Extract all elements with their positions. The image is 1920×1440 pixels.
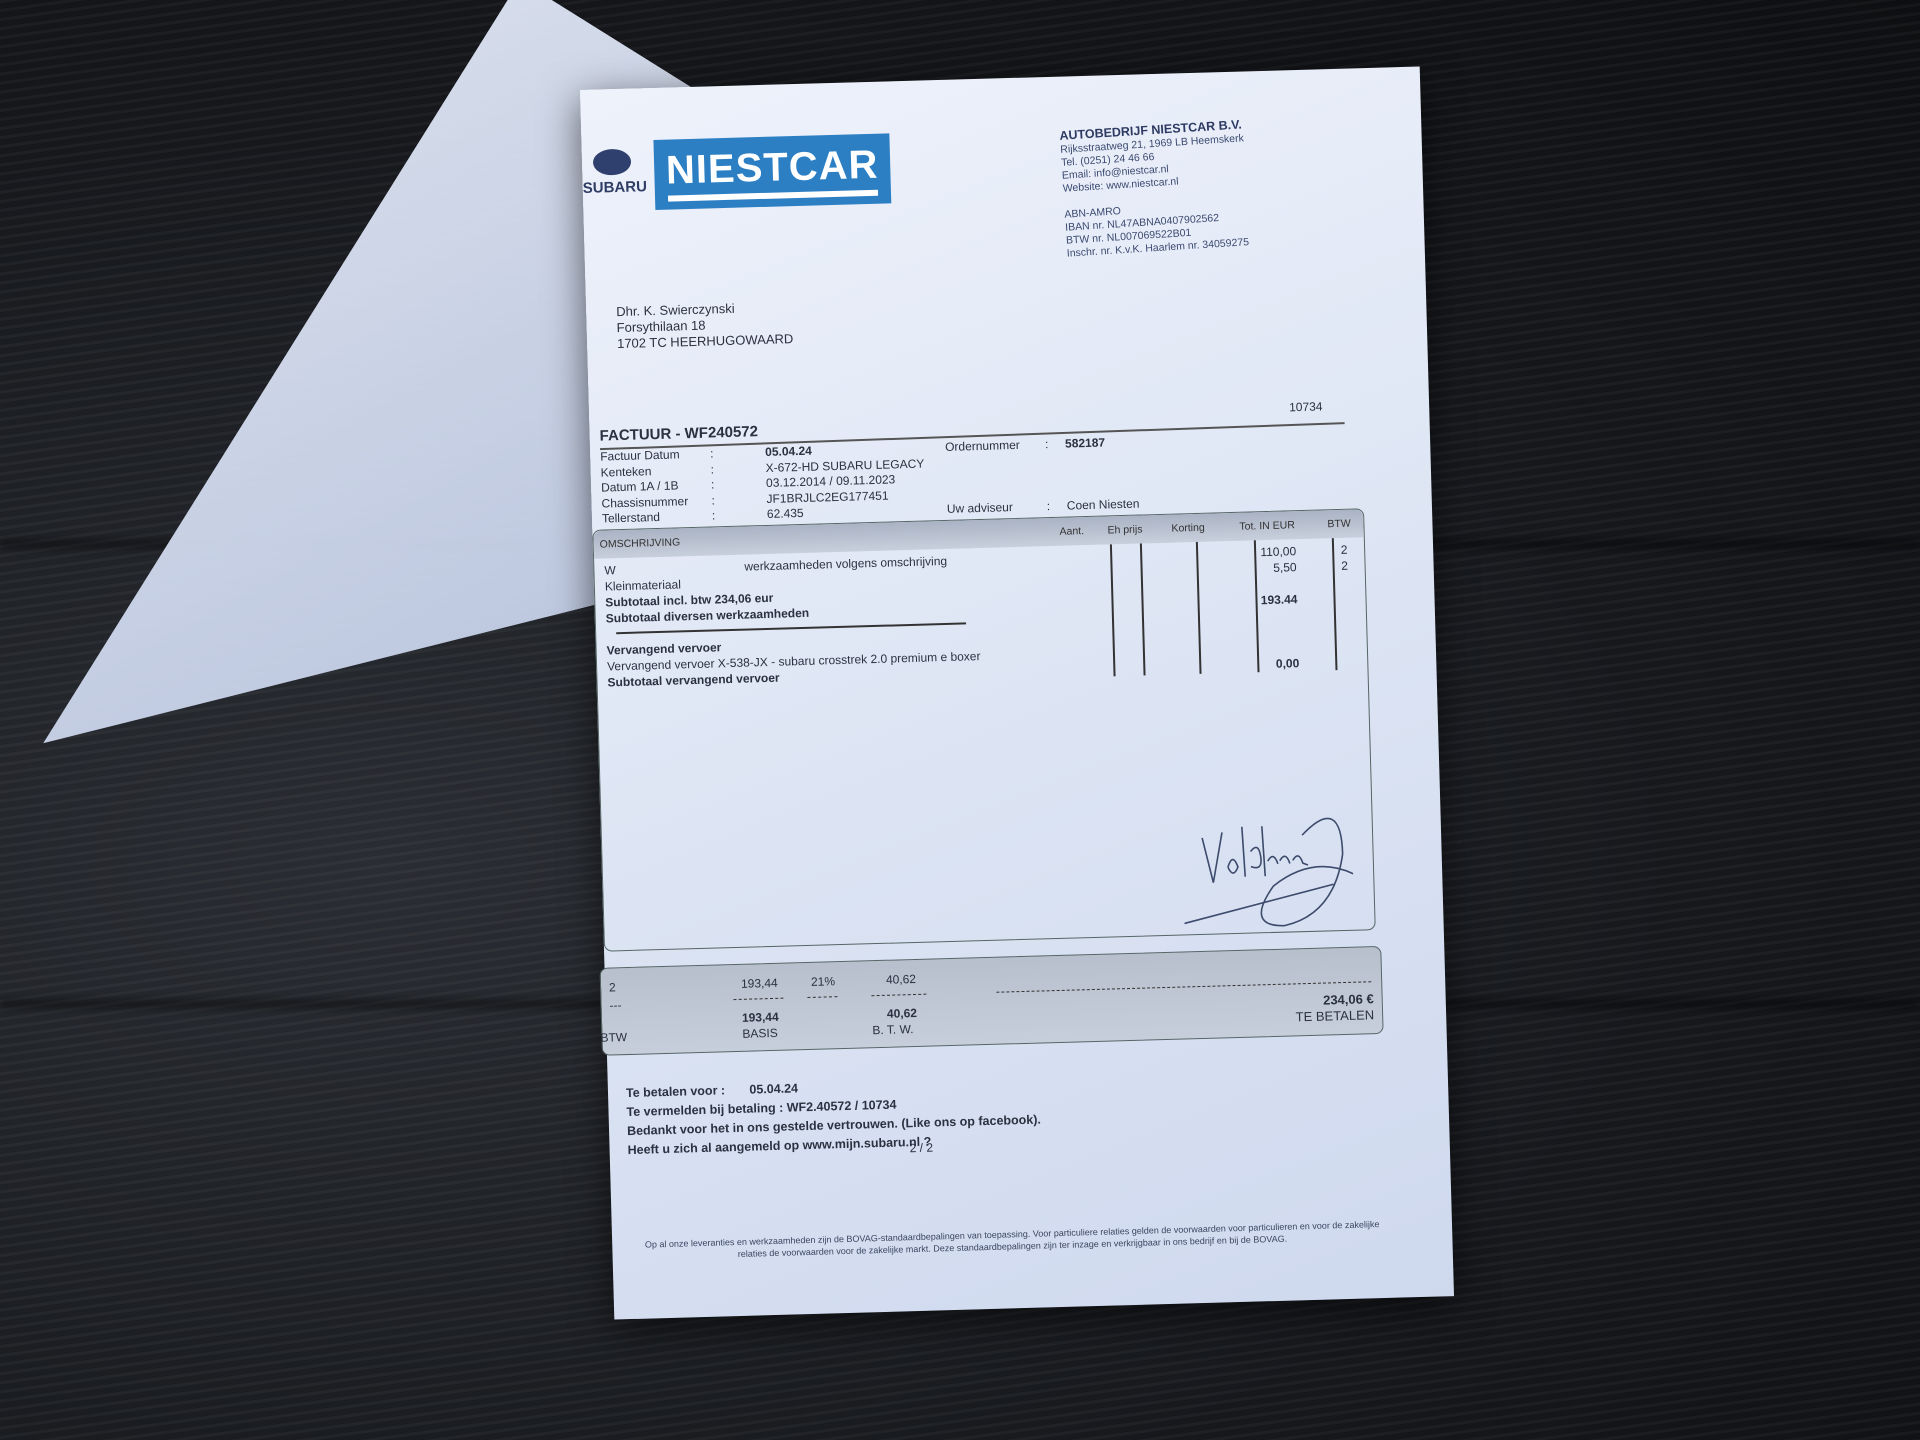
payment-footer: Te betalen voor : 05.04.24 Te vermelden … — [626, 1073, 1042, 1161]
company-details: AUTOBEDRIJF NIESTCAR B.V. Rijksstraatweg… — [1059, 118, 1251, 260]
page-number: 2 / 2 — [909, 1141, 933, 1156]
niestcar-logo: NIESTCAR — [653, 133, 891, 210]
signature-voldaan — [1181, 804, 1355, 939]
vat-summary: 2 --- BTW 193,44 21% 40,62 193,44 BASIS … — [600, 946, 1384, 1056]
invoice-sheet: SUBARU NIESTCAR AUTOBEDRIJF NIESTCAR B.V… — [580, 67, 1454, 1320]
subaru-logo: SUBARU — [582, 148, 643, 197]
line-items-table: OMSCHRIJVING Aant. Eh prijs Korting Tot.… — [592, 508, 1375, 951]
invoice-title: FACTUUR - WF240572 — [599, 423, 758, 444]
bovag-terms: Op al onze leveranties en werkzaamheden … — [632, 1218, 1392, 1263]
table-body: Wwerkzaamheden volgens omschrijving110,0… — [594, 537, 1367, 694]
customer-address: Dhr. K. Swierczynski Forsythilaan 18 170… — [616, 299, 794, 352]
subaru-emblem-icon — [593, 149, 632, 176]
invoice-ref-number: 10734 — [1289, 399, 1323, 414]
invoice-meta: Factuur Datum:05.04.24Ordernummer:582187… — [600, 435, 1140, 527]
